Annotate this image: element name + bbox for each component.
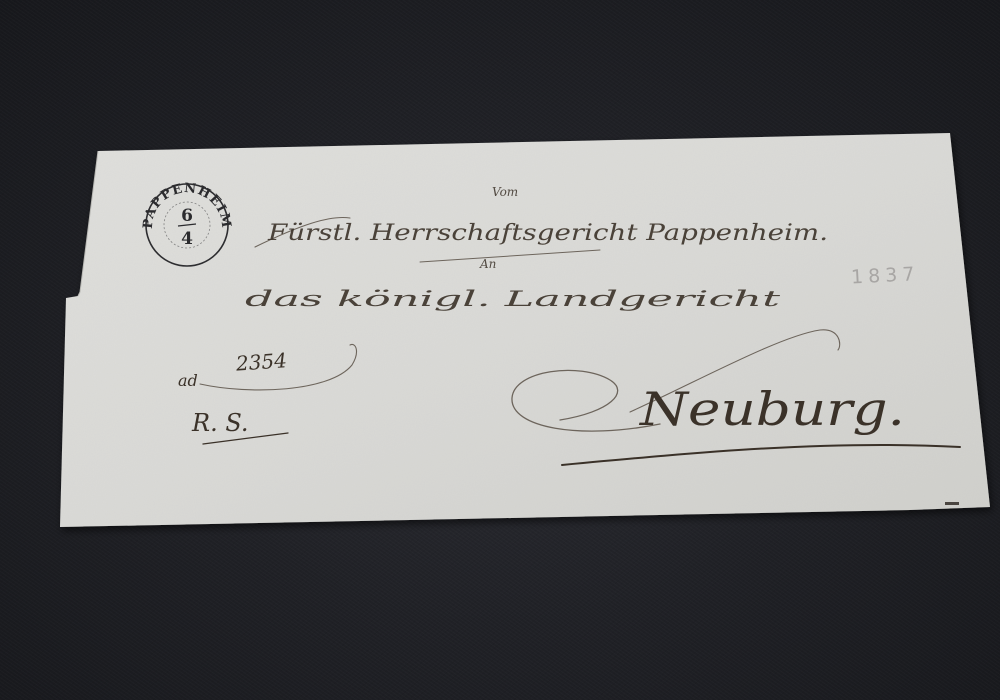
postmark-day: 6 — [181, 206, 193, 226]
address-line1-text: Fürstl. Herrschaftsgericht Pappenheim. — [267, 221, 828, 246]
paper-blemish — [945, 502, 959, 505]
docket-number-text: 2354 — [234, 348, 287, 376]
letter-scene: PAPPENHEIM 6 4 Vom Fürstl. Herrschaftsge… — [0, 0, 1000, 700]
destination-city: Neuburg. — [639, 382, 905, 436]
address-line2-prefix: An — [479, 257, 496, 271]
address-line1-prefix: Vom — [492, 185, 518, 199]
service-mark-text: R. S. — [191, 409, 249, 437]
address-line2-text: das königl. Landgericht — [245, 287, 781, 311]
pencil-year-note: 1837 — [851, 263, 920, 289]
docket-prefix: ad — [178, 371, 198, 390]
postmark-month: 4 — [181, 229, 193, 249]
